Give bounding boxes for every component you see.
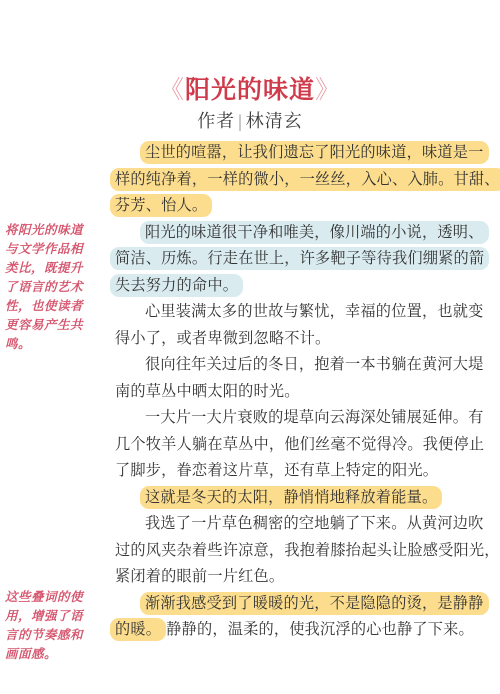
article-line: 南的草丛中晒太阳的时光。 (115, 379, 485, 406)
highlighted-text: 样的纯净着，一样的微小，一丝丝，入心、入肺。甘甜、 (110, 168, 500, 191)
plain-text: 过的风夹杂着些许凉意，我抱着膝抬起头让脸感受阳光， (115, 542, 500, 559)
author-line: 作者|林清玄 (0, 107, 500, 133)
plain-text: 紧闭着的眼前一片红色。 (115, 568, 284, 585)
author-label: 作者 (197, 111, 235, 131)
annotation-line: 类比，既提升 (5, 258, 110, 277)
author-name: 林清玄 (246, 111, 303, 131)
annotation-line: 了语言的艺术 (5, 277, 110, 296)
article-line: 这就是冬天的太阳，静悄悄地释放着能量。 (115, 485, 485, 512)
article-line: 失去努力的命中。 (115, 273, 485, 300)
article-line: 心里装满太多的世故与繁忧，幸福的位置，也就变 (115, 299, 485, 326)
annotation-literary-comparison: 将阳光的味道与文学作品相类比，既提升了语言的艺术性，也使读者更容易产生共鸣。 (5, 220, 110, 353)
article-line: 了脚步，眷恋着这片草，还有草上特定的阳光。 (115, 458, 485, 485)
article-line: 简洁、历炼。行走在世上，许多靶子等待我们绷紧的箭 (115, 246, 485, 273)
plain-text: 我选了一片草色稠密的空地躺了下来。从黄河边吹 (145, 515, 484, 532)
title-text: 阳光的味道 (185, 77, 315, 104)
article-line: 一大片一大片衰败的堤草向云海深处铺展延伸。有 (115, 405, 485, 432)
highlighted-text: 这就是冬天的太阳，静悄悄地释放着能量。 (140, 486, 442, 509)
title-open-bracket: 《 (159, 77, 185, 104)
article-line: 样的纯净着，一样的微小，一丝丝，入心、入肺。甘甜、 (115, 167, 485, 194)
plain-text: 一大片一大片衰败的堤草向云海深处铺展延伸。有 (145, 409, 484, 426)
annotation-line: 鸣。 (5, 334, 110, 353)
annotation-line: 这些叠词的使 (5, 587, 110, 606)
article-line: 几个牧羊人躺在草丛中，他们丝毫不觉得冷。我便停止 (115, 432, 485, 459)
plain-text: 心里装满太多的世故与繁忧，幸福的位置，也就变 (145, 303, 484, 320)
annotation-line: 将阳光的味道 (5, 220, 110, 239)
annotation-line: 画面感。 (5, 644, 110, 663)
article-line: 的暖。静静的，温柔的，使我沉浮的心也静了下来。 (115, 617, 485, 644)
plain-text: 静静的，温柔的，使我沉浮的心也静了下来。 (166, 621, 474, 638)
article-line: 芬芳、怡人。 (115, 193, 485, 220)
annotation-line: 用，增强了语 (5, 606, 110, 625)
article-line: 过的风夹杂着些许凉意，我抱着膝抬起头让脸感受阳光， (115, 538, 485, 565)
plain-text: 得小了，或者卑微到忽略不计。 (115, 330, 330, 347)
plain-text: 南的草丛中晒太阳的时光。 (115, 383, 300, 400)
highlighted-text: 芬芳、怡人。 (110, 194, 212, 217)
article-line: 很向往年关过后的冬日，抱着一本书躺在黄河大堤 (115, 352, 485, 379)
article-line: 尘世的喧嚣，让我们遗忘了阳光的味道，味道是一 (115, 140, 485, 167)
annotation-line: 与文学作品相 (5, 239, 110, 258)
annotation-line: 言的节奏感和 (5, 625, 110, 644)
article-line: 我选了一片草色稠密的空地躺了下来。从黄河边吹 (115, 511, 485, 538)
plain-text: 几个牧羊人躺在草丛中，他们丝毫不觉得冷。我便停止 (115, 436, 484, 453)
article-line: 紧闭着的眼前一片红色。 (115, 564, 485, 591)
highlighted-text: 尘世的喧嚣，让我们遗忘了阳光的味道，味道是一 (140, 141, 489, 164)
document-page: 《阳光的味道》 作者|林清玄 尘世的喧嚣，让我们遗忘了阳光的味道，味道是一样的纯… (0, 0, 500, 694)
annotation-reduplication-words: 这些叠词的使用，增强了语言的节奏感和画面感。 (5, 587, 110, 663)
article-line: 渐渐我感受到了暖暖的光，不是隐隐的烫，是静静 (115, 591, 485, 618)
author-separator: | (239, 111, 242, 132)
highlighted-text: 失去努力的命中。 (110, 274, 243, 297)
article-line: 得小了，或者卑微到忽略不计。 (115, 326, 485, 353)
annotation-line: 性，也使读者 (5, 296, 110, 315)
page-title: 《阳光的味道》 (0, 70, 500, 106)
highlighted-text: 的暖。 (110, 618, 166, 641)
plain-text: 了脚步，眷恋着这片草，还有草上特定的阳光。 (115, 462, 438, 479)
highlighted-text: 简洁、历炼。行走在世上，许多靶子等待我们绷紧的箭 (110, 247, 489, 270)
article-body: 尘世的喧嚣，让我们遗忘了阳光的味道，味道是一样的纯净着，一样的微小，一丝丝，入心… (115, 140, 485, 644)
annotation-line: 更容易产生共 (5, 315, 110, 334)
highlighted-text: 阳光的味道很干净和唯美，像川端的小说，透明、 (140, 221, 489, 244)
title-close-bracket: 》 (315, 77, 341, 104)
highlighted-text: 渐渐我感受到了暖暖的光，不是隐隐的烫，是静静 (140, 592, 489, 615)
article-line: 阳光的味道很干净和唯美，像川端的小说，透明、 (115, 220, 485, 247)
plain-text: 很向往年关过后的冬日，抱着一本书躺在黄河大堤 (145, 356, 484, 373)
